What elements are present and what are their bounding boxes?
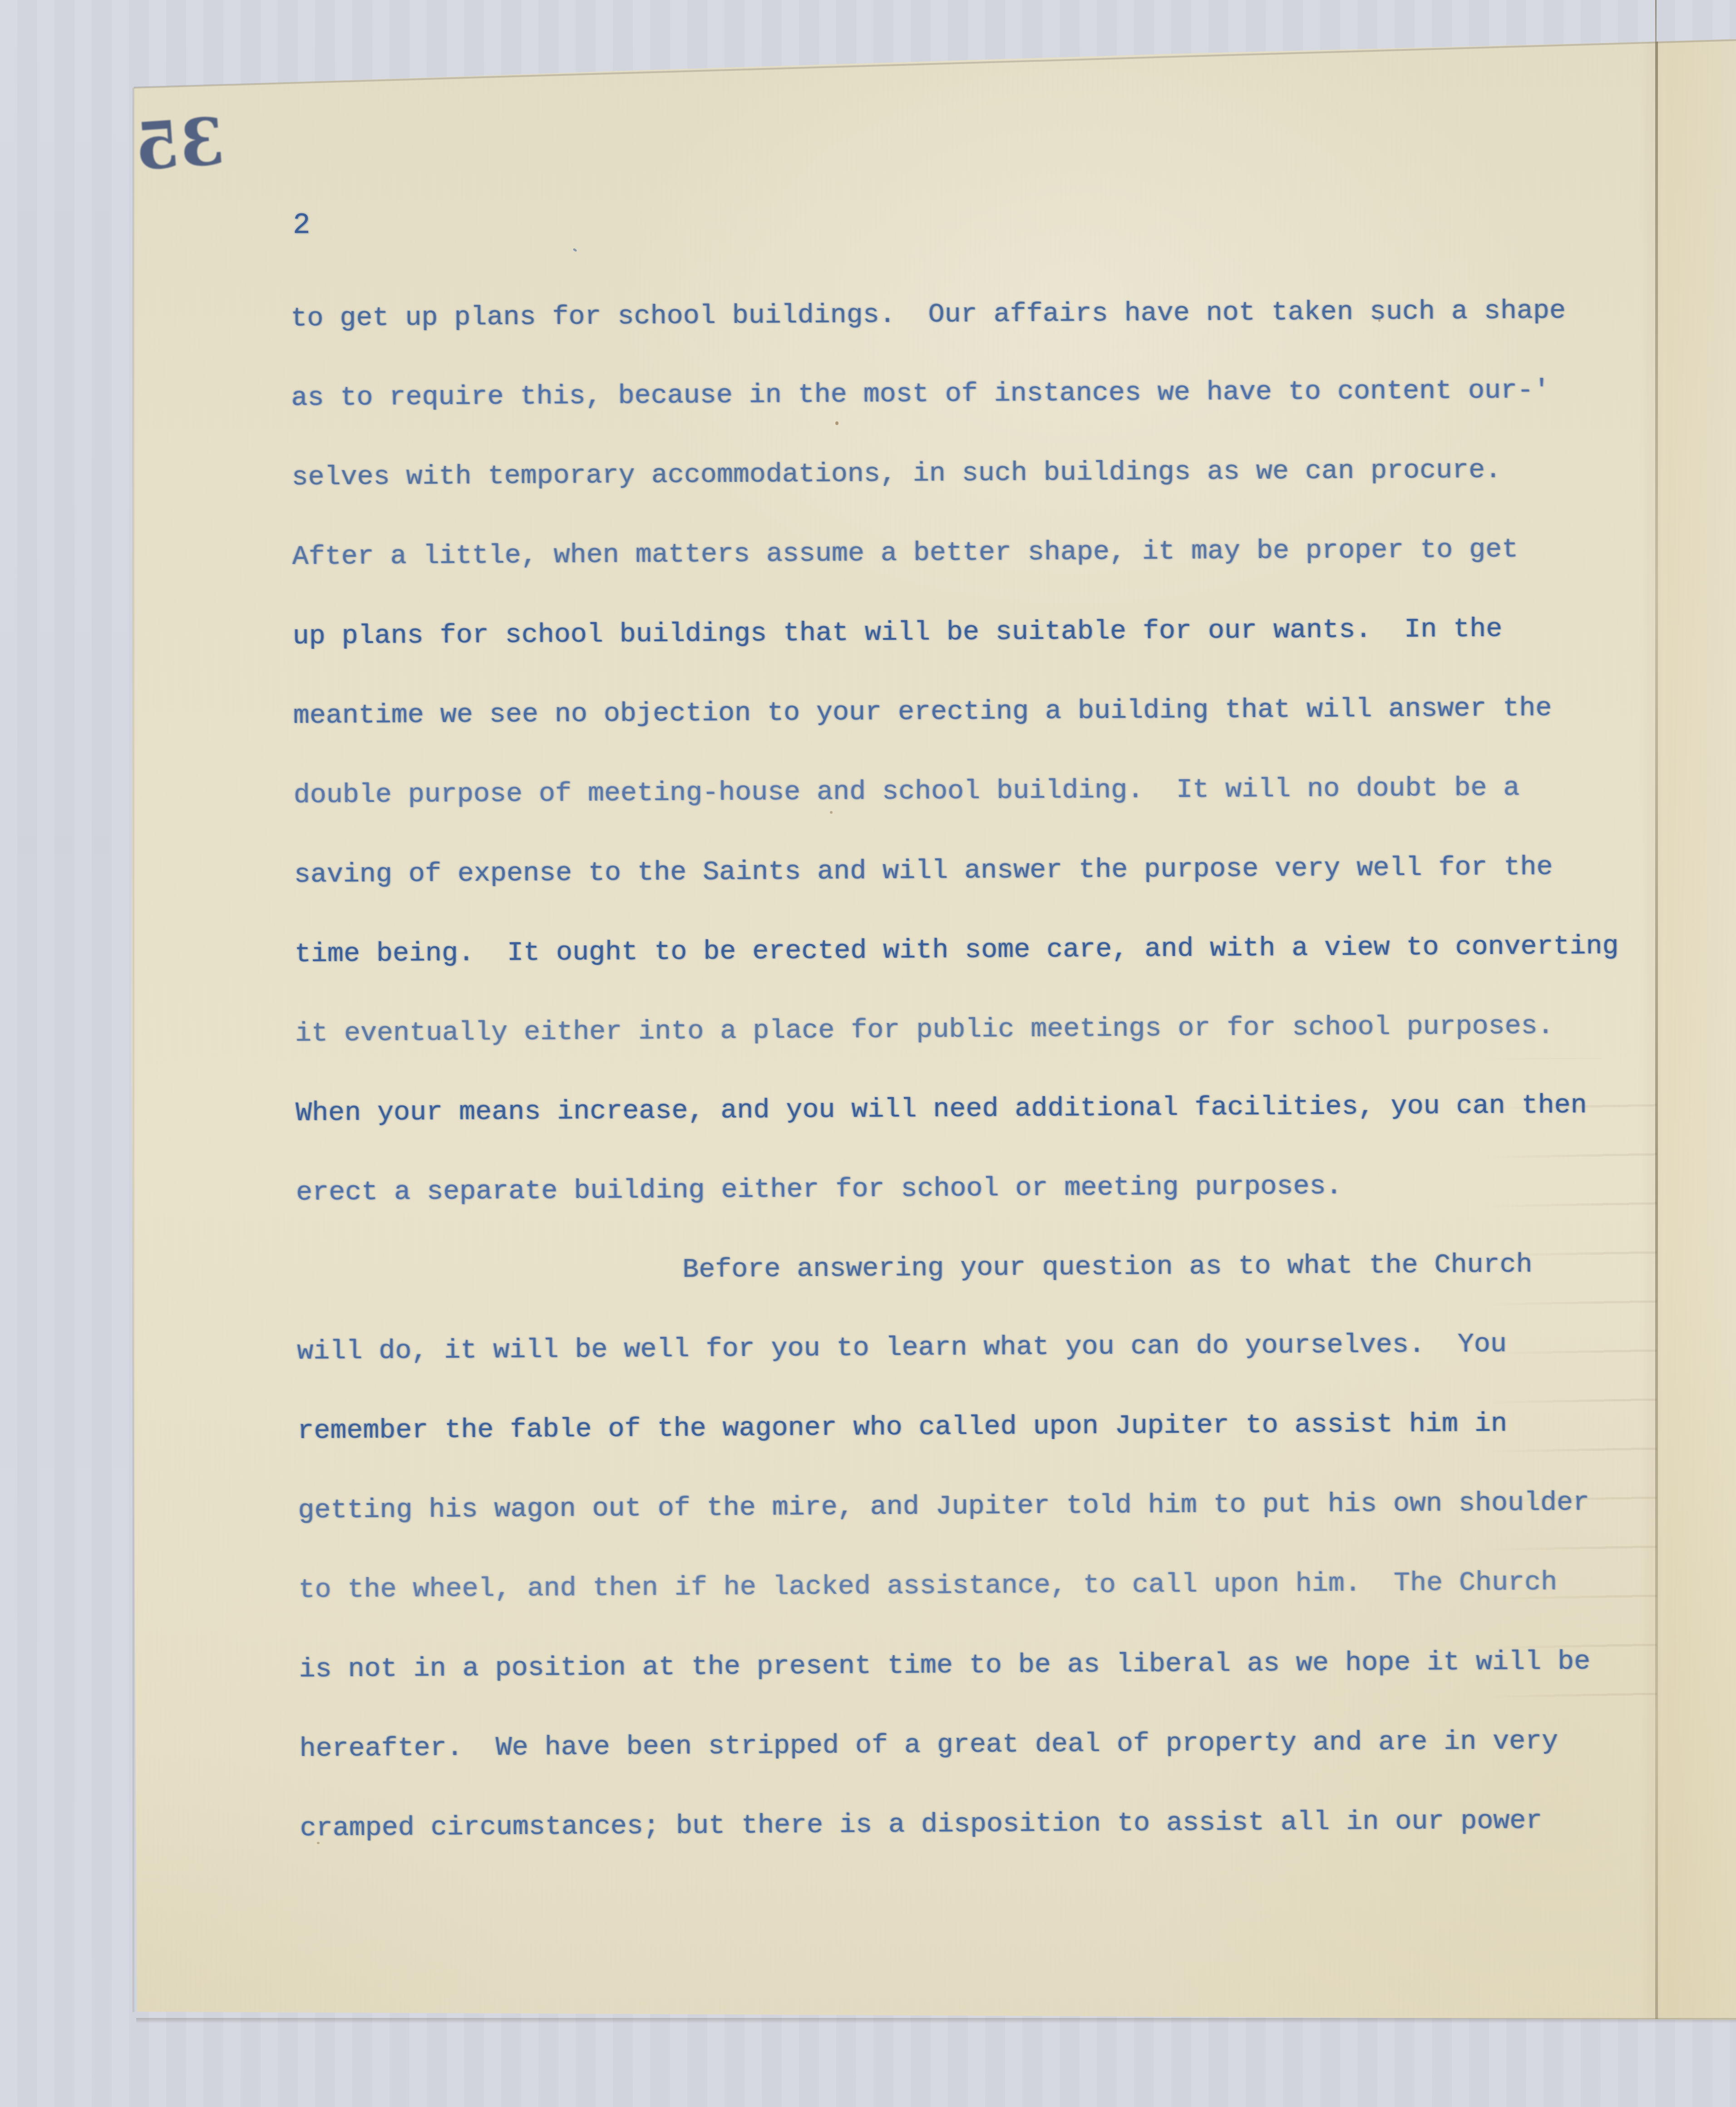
typed-line: will do, it will be well for you to lear…: [297, 1304, 1650, 1392]
paper-left-edge-shadow: [133, 88, 135, 2012]
mirrored-page-number: 35: [132, 105, 227, 188]
typed-line: When your means increase, and you will n…: [296, 1066, 1649, 1153]
typed-line: After a little, when matters assume a be…: [292, 509, 1645, 597]
typed-line: time being. It ought to be erected with …: [295, 907, 1648, 994]
ink-speck: [1378, 319, 1381, 322]
typed-text-block: to get up plans for school buildings. Ou…: [291, 271, 1653, 1869]
typed-line: as to require this, because in the most …: [291, 351, 1644, 438]
mirrored-page-number-text: 35: [132, 104, 227, 185]
fold-right-tint: [1658, 39, 1736, 2019]
paper-sheet: 35 2 to get up plans for school building…: [0, 0, 1736, 2107]
typed-line: up plans for school buildings that will …: [292, 589, 1646, 677]
ink-speck: [835, 421, 838, 425]
typed-line: it eventually either into a place for pu…: [295, 986, 1648, 1074]
typed-line: to the wheel, and then if he lacked assi…: [298, 1543, 1652, 1630]
fold-crease: [1655, 39, 1658, 2019]
typed-line: double purpose of meeting-house and scho…: [293, 748, 1647, 836]
page-number: 2: [293, 205, 310, 246]
typed-line: hereafter. We have been stripped of a gr…: [299, 1701, 1652, 1789]
ink-speck: [830, 811, 833, 814]
typed-line: is not in a position at the present time…: [299, 1622, 1652, 1710]
typed-line: remember the fable of the wagoner who ca…: [297, 1384, 1651, 1471]
paper-bottom-edge-shadow: [136, 2018, 1736, 2023]
typed-line: selves with temporary accommodations, in…: [291, 430, 1645, 518]
scanned-letter-page: 35 2 to get up plans for school building…: [0, 0, 1736, 2107]
typed-line: erect a separate building either for sch…: [296, 1145, 1649, 1233]
typed-line: meantime we see no objection to your ere…: [293, 668, 1646, 756]
typed-line: Before answering your question as to wha…: [296, 1225, 1650, 1312]
typed-line: cramped circumstances; but there is a di…: [300, 1781, 1653, 1869]
typed-line: saving of expense to the Saints and will…: [294, 827, 1647, 915]
typed-line: to get up plans for school buildings. Ou…: [291, 271, 1644, 359]
adjacent-sheet-edge-line: [1655, 0, 1657, 45]
typed-line: getting his wagon out of the mire, and J…: [298, 1463, 1651, 1551]
ink-speck: [317, 1842, 320, 1844]
